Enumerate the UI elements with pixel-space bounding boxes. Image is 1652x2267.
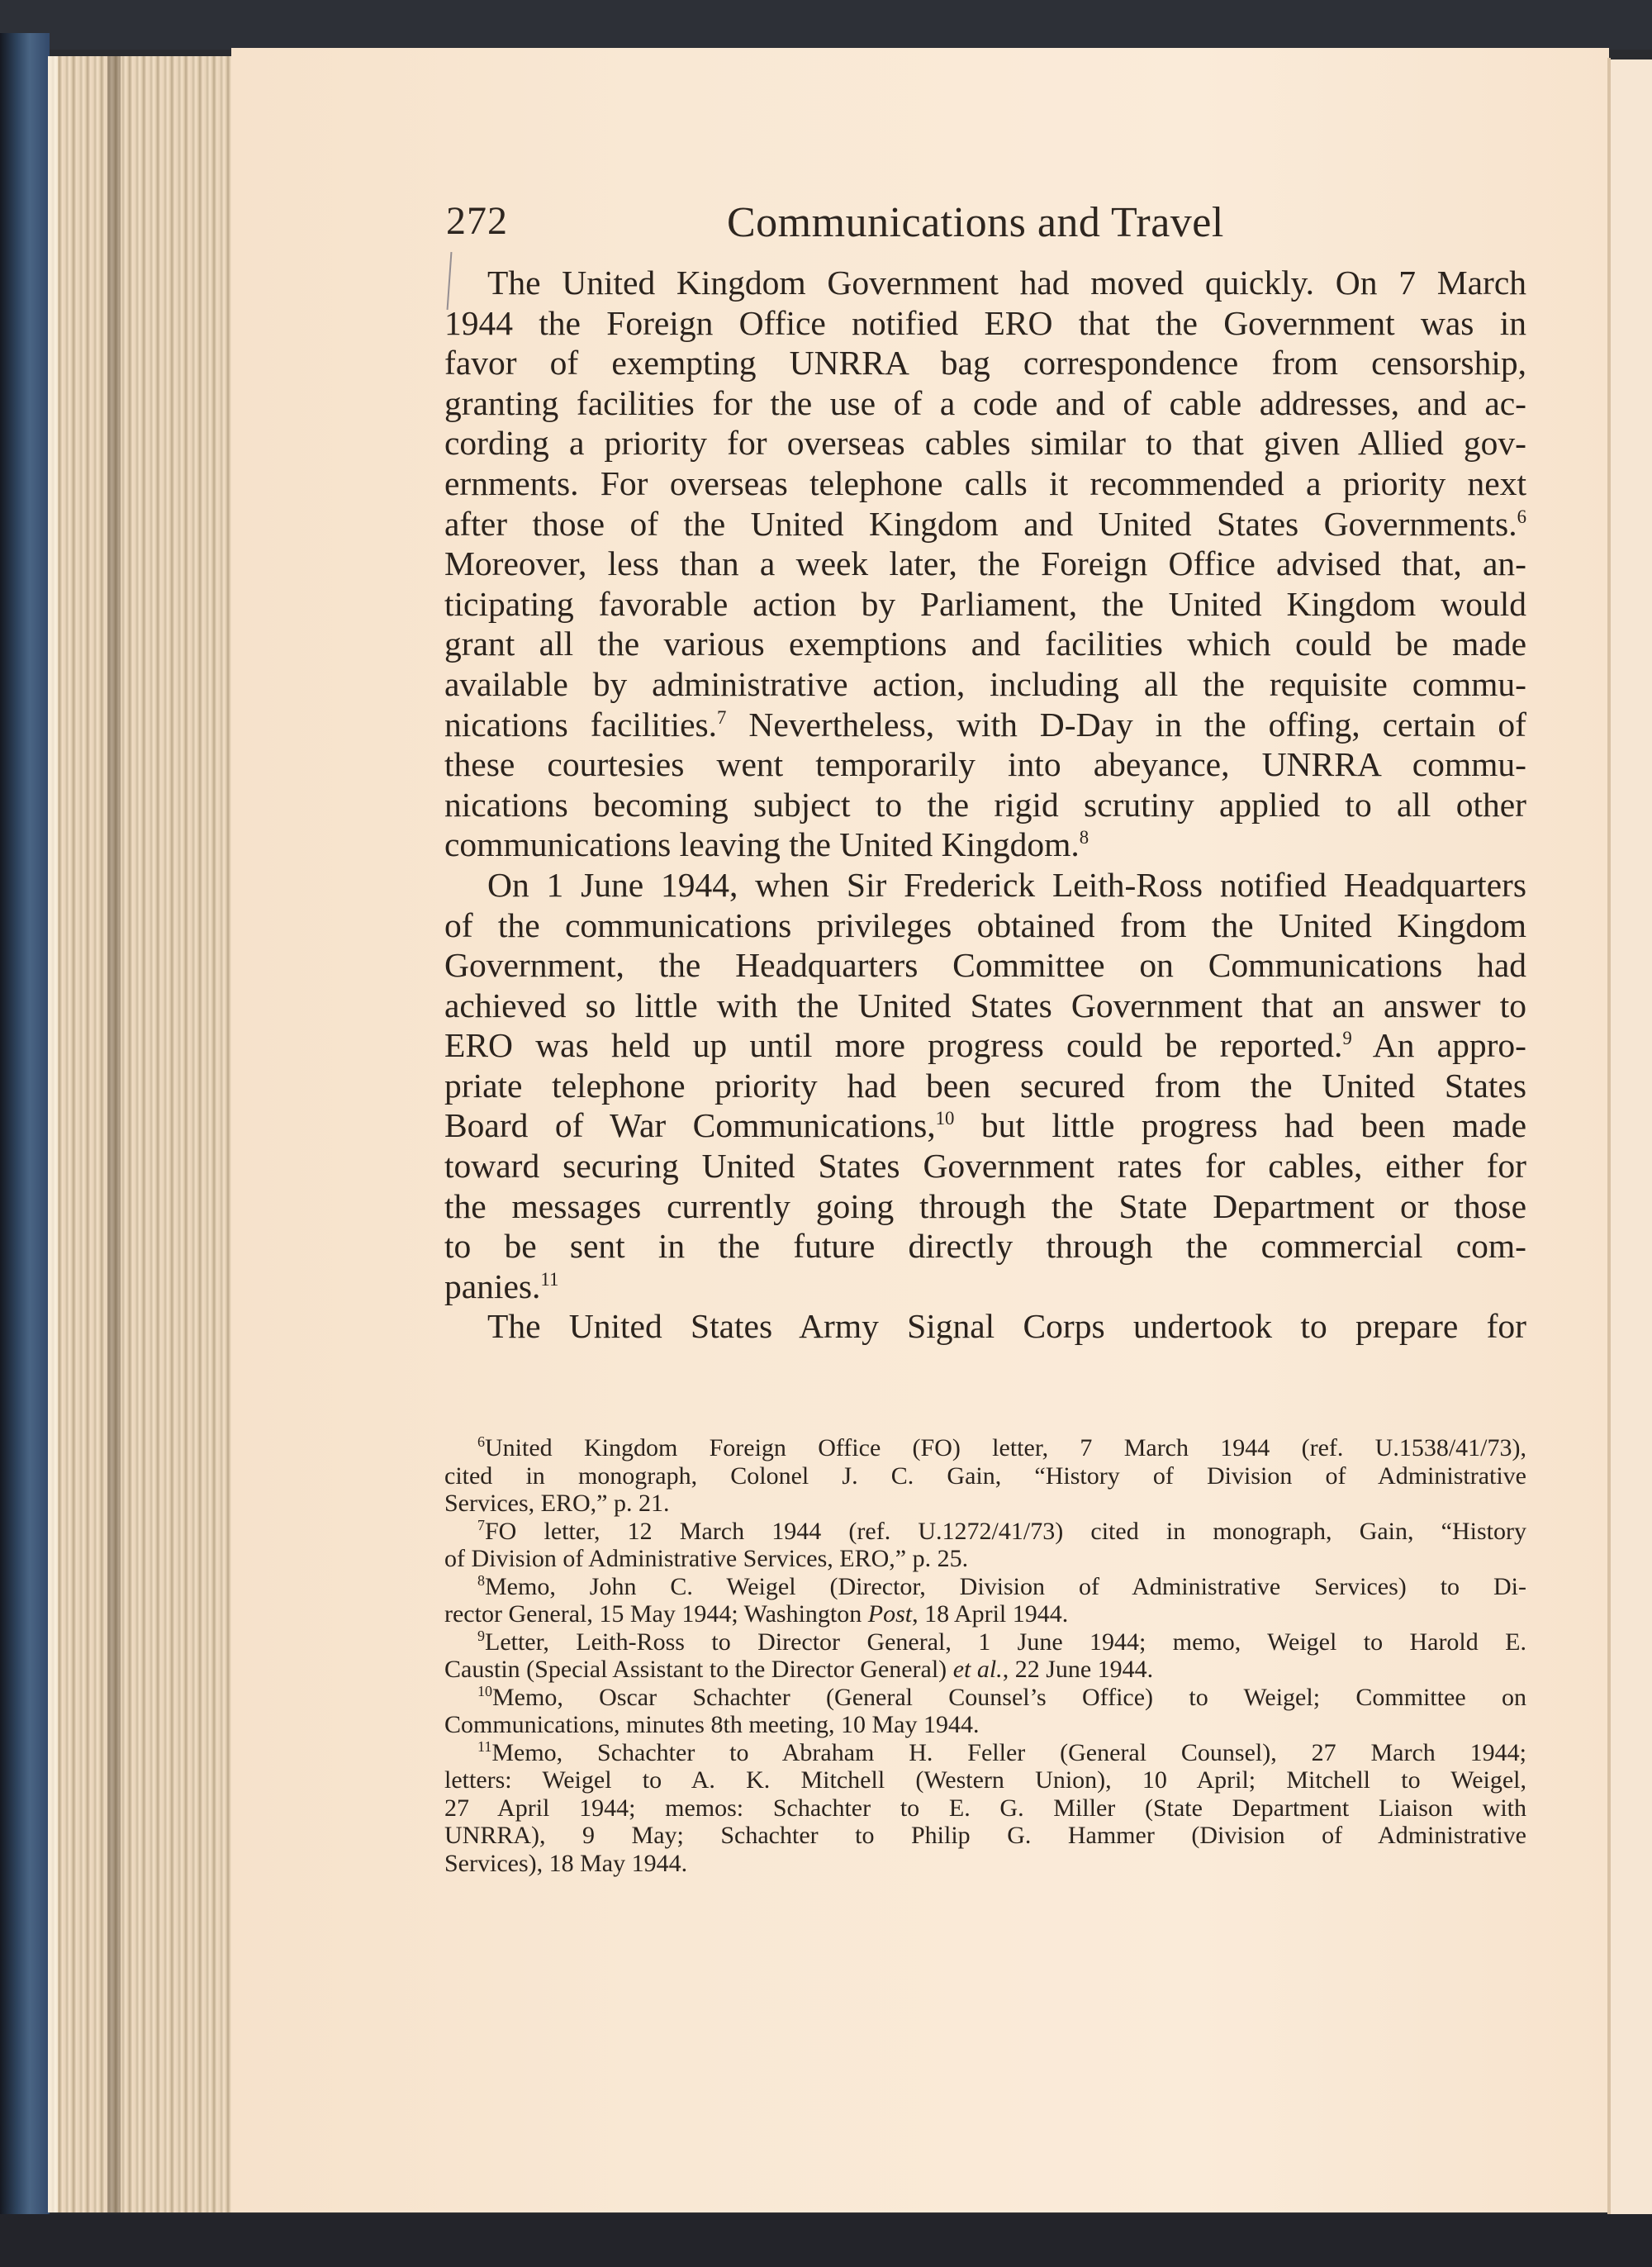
text-line: nications facilities.7 Nevertheless, wit… [444, 705, 1526, 745]
footnote-reference[interactable]: 6 [1517, 506, 1526, 527]
text-line: ernments. For overseas telephone calls i… [444, 463, 1526, 504]
footnote-line: 6United Kingdom Foreign Office (FO) lett… [444, 1434, 1526, 1462]
footnote-line: Communications, minutes 8th meeting, 10 … [444, 1711, 1526, 1739]
body-text: The United Kingdom Government had moved … [444, 263, 1526, 1347]
running-head: 272 Communications and Travel [446, 198, 1520, 256]
footnote-11: 11Memo, Schachter to Abraham H. Feller (… [444, 1739, 1526, 1878]
text-line: Government, the Headquarters Committee o… [444, 945, 1526, 986]
footnote-line: Services, ERO,” p. 21. [444, 1490, 1526, 1518]
footnote-number: 7 [477, 1517, 485, 1533]
text-line: On 1 June 1944, when Sir Frederick Leith… [444, 865, 1526, 905]
text-line: granting facilities for the use of a cod… [444, 383, 1526, 424]
footnote-reference[interactable]: 9 [1342, 1028, 1351, 1048]
text-line: toward securing United States Government… [444, 1146, 1526, 1186]
footnote-number: 6 [477, 1433, 485, 1450]
text-line: 1944 the Foreign Office notified ERO tha… [444, 303, 1526, 344]
footnote-10: 10Memo, Oscar Schachter (General Counsel… [444, 1684, 1526, 1739]
text-line: The United States Army Signal Corps unde… [444, 1306, 1526, 1347]
text-line: favor of exempting UNRRA bag corresponde… [444, 343, 1526, 383]
footnote-7: 7FO letter, 12 March 1944 (ref. U.1272/4… [444, 1518, 1526, 1573]
footnote-line: cited in monograph, Colonel J. C. Gain, … [444, 1462, 1526, 1490]
footnote-reference[interactable]: 11 [540, 1269, 558, 1290]
book-cover-top [0, 0, 1652, 50]
text-line: communications leaving the United Kingdo… [444, 825, 1526, 865]
footnote-line: Services), 18 May 1944. [444, 1850, 1526, 1878]
chapter-title: Communications and Travel [727, 198, 1224, 247]
text-line: The United Kingdom Government had moved … [444, 263, 1526, 303]
footnotes: 6United Kingdom Foreign Office (FO) lett… [444, 1434, 1526, 1877]
text-line: panies.11 [444, 1267, 1526, 1307]
footnote-number: 11 [477, 1738, 491, 1755]
text-line: Board of War Communications,10 but littl… [444, 1105, 1526, 1146]
footnote-line: rector General, 15 May 1944; Washington … [444, 1600, 1526, 1628]
page-edge-shadow [107, 56, 121, 2212]
footnote-reference[interactable]: 10 [936, 1109, 955, 1129]
text-line: Moreover, less than a week later, the Fo… [444, 544, 1526, 584]
text-line: cording a priority for overseas cables s… [444, 423, 1526, 463]
text-line: these courtesies went temporarily into a… [444, 744, 1526, 785]
book-spine-cloth [0, 33, 50, 2222]
footnote-line: 8Memo, John C. Weigel (Director, Divisio… [444, 1573, 1526, 1601]
text-line: available by administrative action, incl… [444, 664, 1526, 705]
footnote-line: 27 April 1944; memos: Schachter to E. G.… [444, 1794, 1526, 1823]
footnote-line: UNRRA), 9 May; Schachter to Philip G. Ha… [444, 1822, 1526, 1850]
footnote-number: 10 [477, 1683, 492, 1699]
footnote-line: 11Memo, Schachter to Abraham H. Feller (… [444, 1739, 1526, 1767]
footnote-line: 10Memo, Oscar Schachter (General Counsel… [444, 1684, 1526, 1712]
italic-text: et al. [953, 1656, 1003, 1683]
text-line: the messages currently going through the… [444, 1186, 1526, 1227]
footnote-line: 9Letter, Leith-Ross to Director General,… [444, 1628, 1526, 1656]
footnote-line: letters: Weigel to A. K. Mitchell (Weste… [444, 1766, 1526, 1794]
paragraph: The United States Army Signal Corps unde… [444, 1306, 1526, 1347]
book-cover-bottom [0, 2214, 1652, 2267]
footnote-8: 8Memo, John C. Weigel (Director, Divisio… [444, 1573, 1526, 1628]
text-line: after those of the United Kingdom and Un… [444, 504, 1526, 544]
footnote-reference[interactable]: 8 [1080, 827, 1089, 848]
footnote-line: of Division of Administrative Services, … [444, 1545, 1526, 1573]
footnote-line: Caustin (Special Assistant to the Direct… [444, 1656, 1526, 1684]
facing-page-edge [1611, 59, 1652, 2216]
text-line: nications becoming subject to the rigid … [444, 785, 1526, 825]
footnote-6: 6United Kingdom Foreign Office (FO) lett… [444, 1434, 1526, 1518]
page-edges-stack [48, 56, 231, 2212]
italic-text: Post [868, 1600, 912, 1628]
footnote-number: 8 [477, 1572, 485, 1589]
footnote-9: 9Letter, Leith-Ross to Director General,… [444, 1628, 1526, 1684]
footnote-number: 9 [477, 1628, 485, 1644]
text-line: ERO was held up until more progress coul… [444, 1025, 1526, 1066]
paragraph: The United Kingdom Government had moved … [444, 263, 1526, 865]
footnote-reference[interactable]: 7 [717, 707, 726, 728]
text-line: priate telephone priority had been secur… [444, 1066, 1526, 1106]
paragraph: On 1 June 1944, when Sir Frederick Leith… [444, 865, 1526, 1307]
page-edge-highlight [48, 56, 58, 2212]
page-number: 272 [446, 198, 508, 244]
footnote-line: 7FO letter, 12 March 1944 (ref. U.1272/4… [444, 1518, 1526, 1546]
text-line: achieved so little with the United State… [444, 986, 1526, 1026]
text-line: of the communications privileges obtaine… [444, 905, 1526, 946]
text-line: grant all the various exemptions and fac… [444, 624, 1526, 664]
text-line: ticipating favorable action by Parliamen… [444, 584, 1526, 625]
text-line: to be sent in the future directly throug… [444, 1226, 1526, 1267]
